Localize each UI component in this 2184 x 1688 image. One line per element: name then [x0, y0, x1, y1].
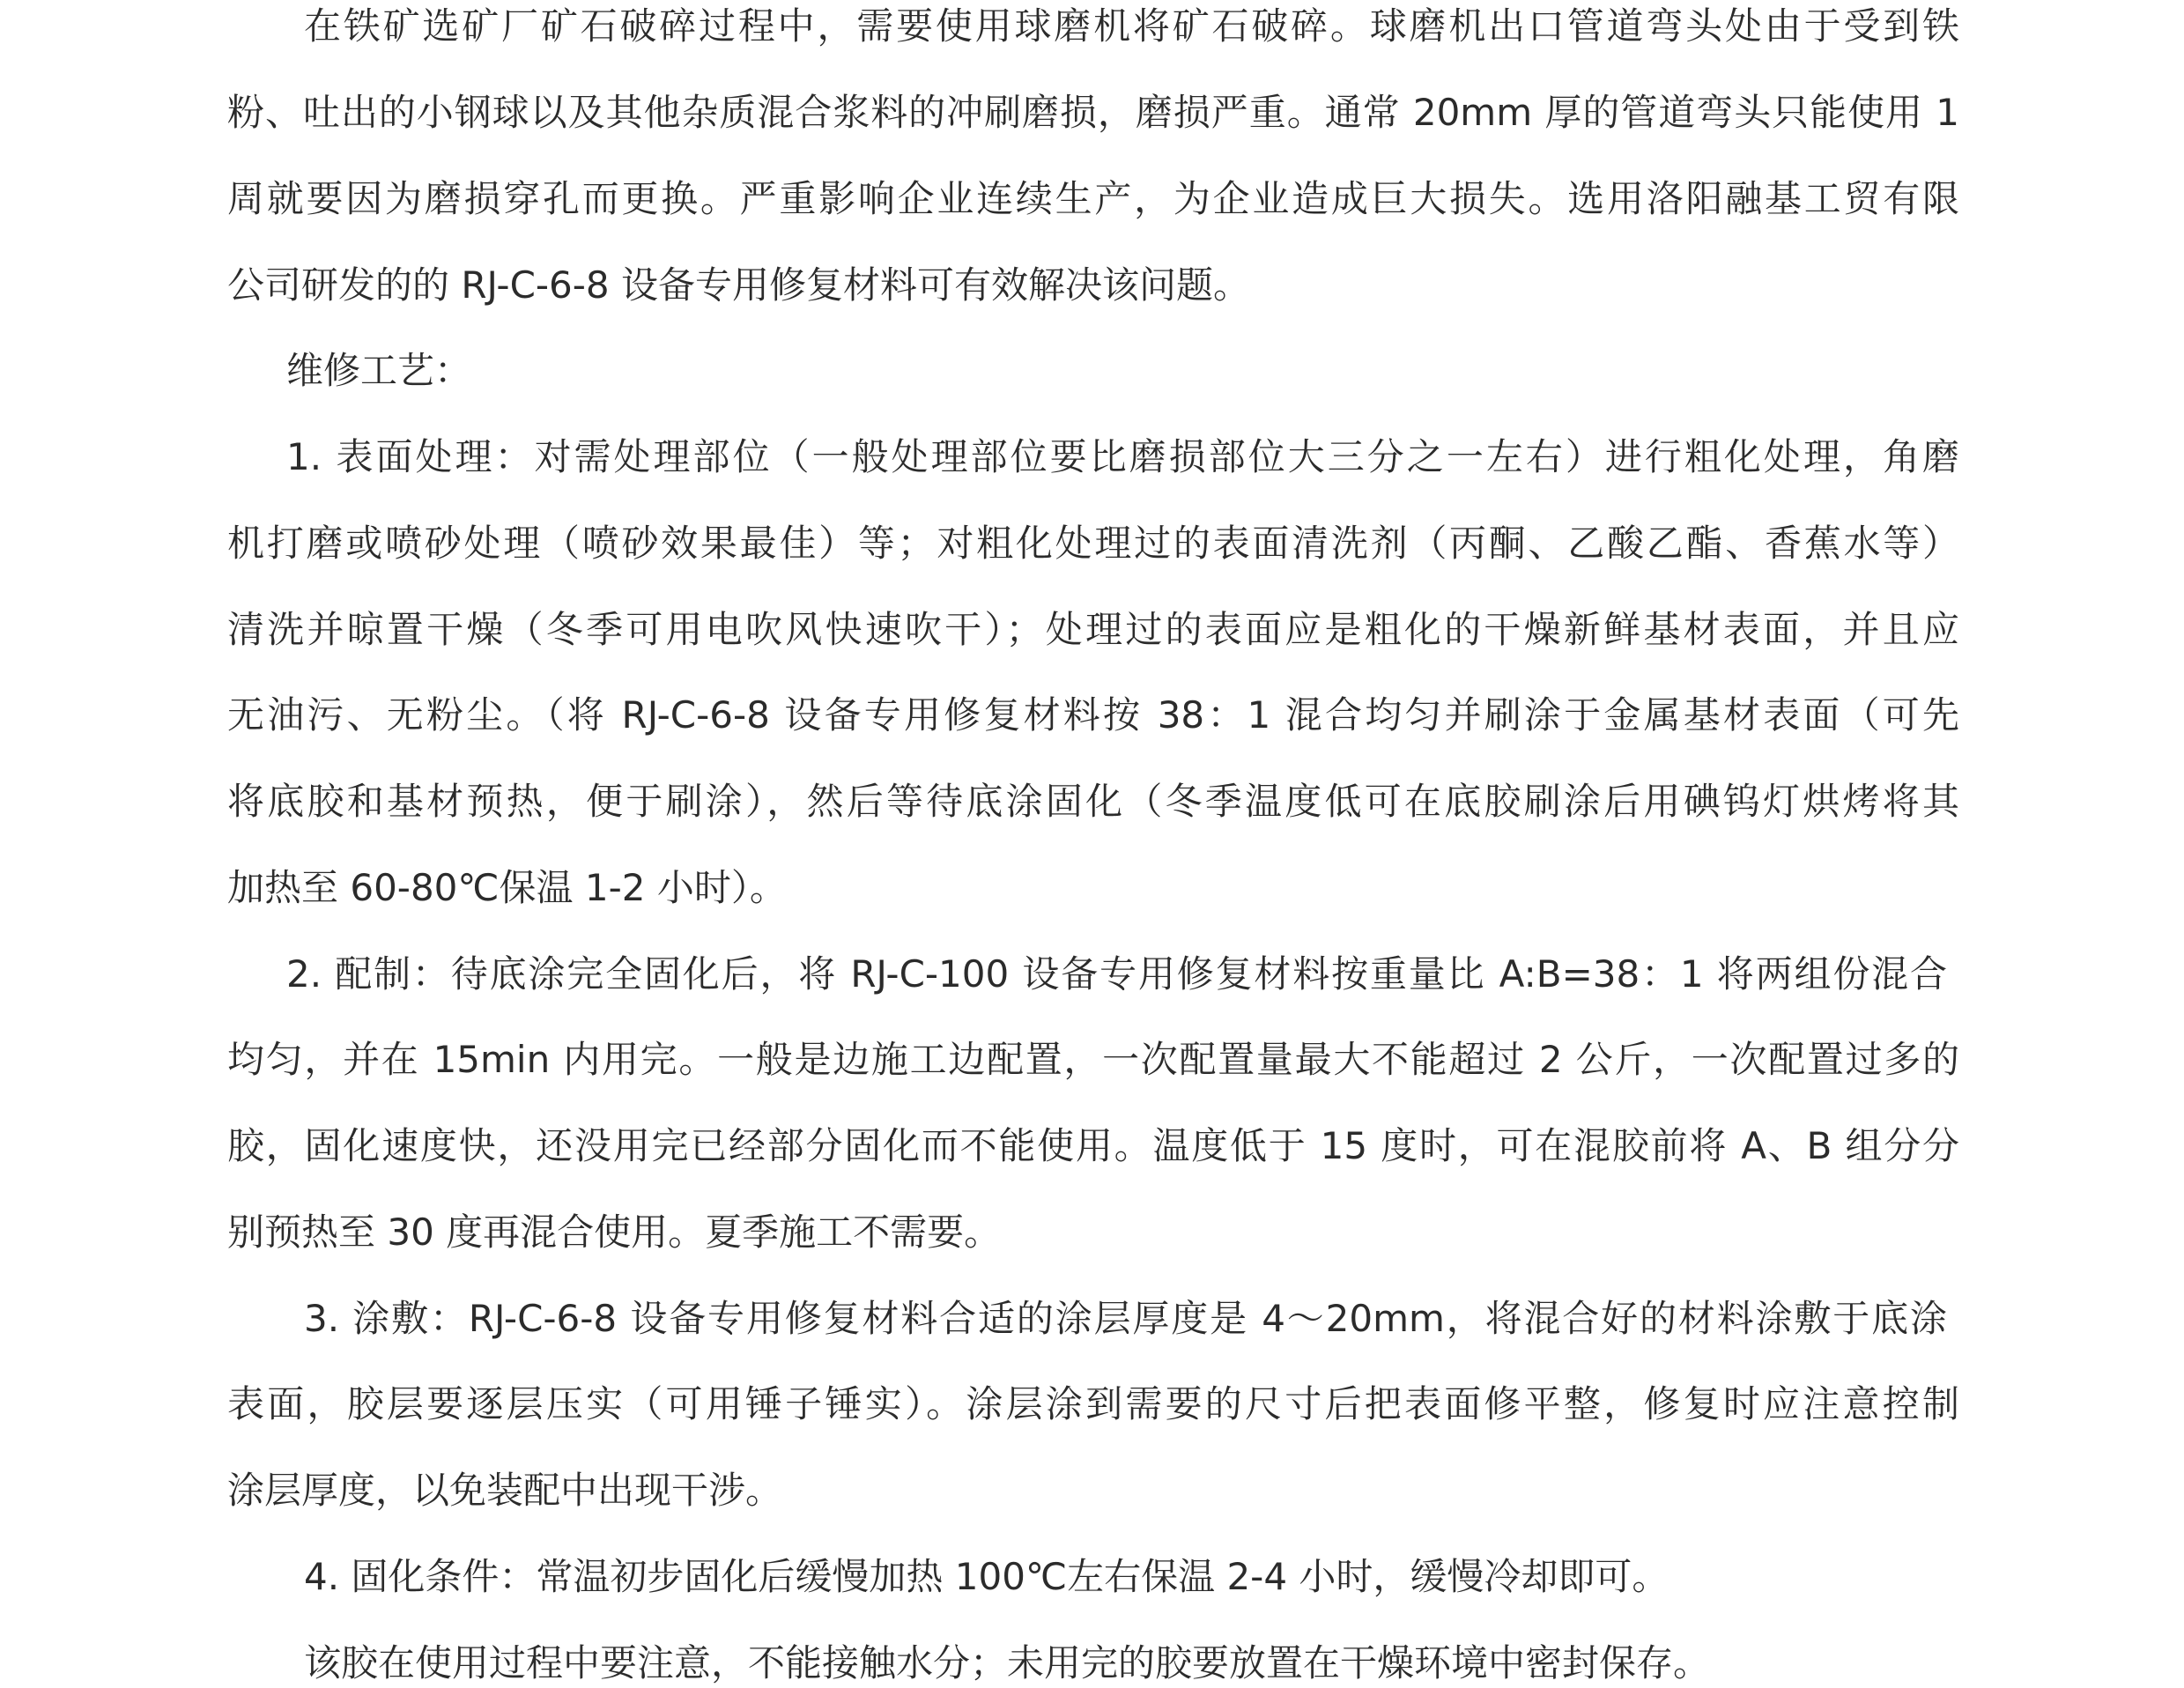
step1-line-6: 加热至 60-80℃保温 1-2 小时）。: [227, 862, 1959, 914]
step1-line-2: 机打磨或喷砂处理（喷砂效果最佳）等；对粗化处理过的表面清洗剂（丙酮、乙酸乙酯、香…: [227, 517, 1959, 570]
step4-line-1: 4. 固化条件：常温初步固化后缓慢加热 100℃左右保温 2-4 小时，缓慢冷却…: [304, 1551, 1959, 1603]
process-heading: 维修工艺：: [286, 344, 2018, 397]
step3-line-1: 3. 涂敷：RJ-C-6-8 设备专用修复材料合适的涂层厚度是 4～20mm，将…: [304, 1292, 1947, 1345]
intro-line-1: 在铁矿选矿厂矿石破碎过程中，需要使用球磨机将矿石破碎。球磨机出口管道弯头处由于受…: [304, 0, 1959, 53]
storage-note: 该胶在使用过程中要注意，不能接触水分；未用完的胶要放置在干燥环境中密封保存。: [304, 1637, 1959, 1688]
step2-line-2: 均匀，并在 15min 内用完。一般是边施工边配置，一次配置量最大不能超过 2 …: [227, 1033, 1959, 1086]
step1-line-1: 1. 表面处理：对需处理部位（一般处理部位要比磨损部位大三分之一左右）进行粗化处…: [286, 431, 1959, 484]
intro-line-2: 粉、吐出的小钢球以及其他杂质混合浆料的冲刷磨损，磨损严重。通常 20mm 厚的管…: [227, 86, 1959, 139]
intro-line-4: 公司研发的的 RJ-C-6-8 设备专用修复材料可有效解决该问题。: [227, 259, 1959, 312]
step1-line-4: 无油污、无粉尘。（将 RJ-C-6-8 设备专用修复材料按 38：1 混合均匀并…: [227, 689, 1959, 742]
step1-line-5: 将底胶和基材预热，便于刷涂），然后等待底涂固化（冬季温度低可在底胶刷涂后用碘钨灯…: [227, 775, 1959, 828]
document-page: 在铁矿选矿厂矿石破碎过程中，需要使用球磨机将矿石破碎。球磨机出口管道弯头处由于受…: [0, 0, 2184, 1688]
step2-line-3: 胶，固化速度快，还没用完已经部分固化而不能使用。温度低于 15 度时，可在混胶前…: [227, 1120, 1959, 1173]
intro-line-3: 周就要因为磨损穿孔而更换。严重影响企业连续生产，为企业造成巨大损失。选用洛阳融基…: [227, 173, 1959, 226]
step3-line-3: 涂层厚度，以免装配中出现干涉。: [227, 1464, 1959, 1517]
step1-line-3: 清洗并晾置干燥（冬季可用电吹风快速吹干）；处理过的表面应是粗化的干燥新鲜基材表面…: [227, 603, 1959, 656]
step2-line-4: 别预热至 30 度再混合使用。夏季施工不需要。: [227, 1206, 1959, 1259]
step3-line-2: 表面，胶层要逐层压实（可用锤子锤实）。涂层涂到需要的尺寸后把表面修平整，修复时应…: [227, 1378, 1959, 1431]
step2-line-1: 2. 配制：待底涂完全固化后，将 RJ-C-100 设备专用修复材料按重量比 A…: [286, 948, 1947, 1001]
